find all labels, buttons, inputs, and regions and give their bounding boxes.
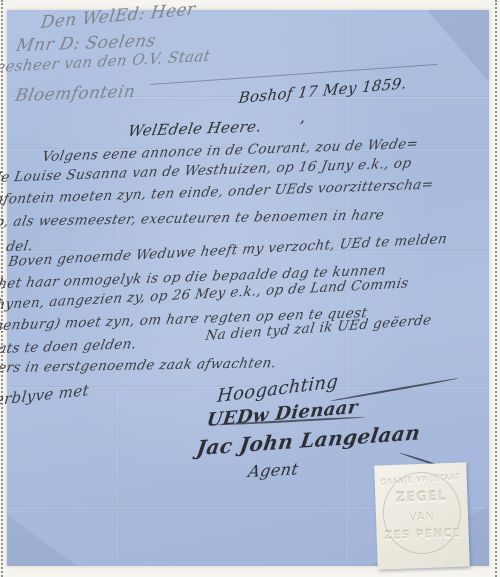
- fold-corner-top-right: [427, 10, 489, 82]
- fold-corner-bottom-left: [7, 514, 77, 566]
- comma-mark: ,: [300, 108, 305, 126]
- address-line-4: Bloemfontein: [15, 82, 136, 106]
- right-perforation-edge: [495, 0, 497, 577]
- letter-scan-page: Den WelEd: Heer Mnr D: Soelens eesheer v…: [0, 0, 500, 577]
- seal-line-3: ZES PENCE: [376, 526, 468, 542]
- embossed-revenue-seal: ORANJE VRIJSTAAT ZEGEL VAN ZES PENCE: [374, 462, 470, 569]
- signature-title: Agent: [248, 459, 299, 481]
- seal-line-1: ZEGEL: [375, 488, 467, 506]
